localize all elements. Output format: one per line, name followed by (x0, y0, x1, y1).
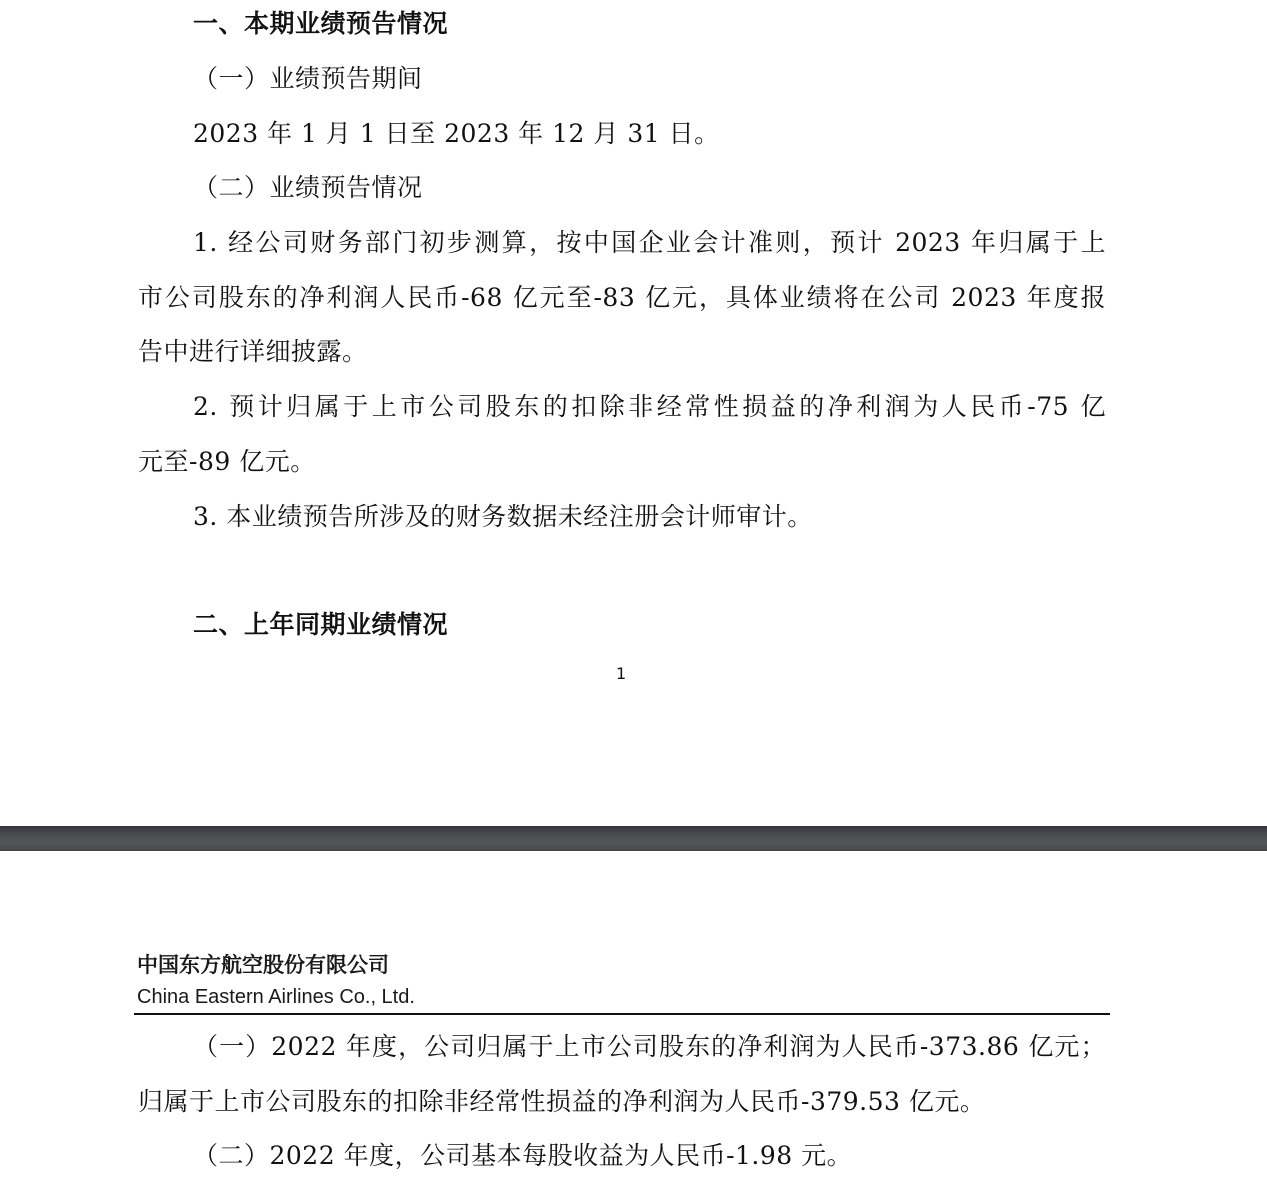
item1-line2: 市公司股东的净利润人民币-68 亿元至-83 亿元，具体业绩将在公司 2023 … (138, 283, 1106, 313)
document-page-1: 一、本期业绩预告情况 （一）业绩预告期间 2023 年 1 月 1 日至 202… (0, 0, 1267, 826)
item2-line2: 元至-89 亿元。 (138, 447, 316, 477)
page-number: 1 (616, 664, 626, 684)
item1-line3: 告中进行详细披露。 (138, 337, 368, 367)
item3-line1: 3. 本业绩预告所涉及的财务数据未经注册会计师审计。 (193, 502, 813, 532)
header-company-name-cn: 中国东方航空股份有限公司 (137, 952, 389, 978)
subsection-heading-forecast-period: （一）业绩预告期间 (193, 64, 423, 94)
document-page-2 (0, 851, 1267, 1189)
header-company-name-en: China Eastern Airlines Co., Ltd. (137, 984, 415, 1010)
section-heading-prior-year: 二、上年同期业绩情况 (193, 610, 448, 640)
item1-line1: 1. 经公司财务部门初步测算，按中国企业会计准则，预计 2023 年归属于上 (193, 228, 1106, 258)
prior-year-para2-line1: （二）2022 年度，公司基本每股收益为人民币-1.98 元。 (193, 1141, 852, 1171)
header-divider (134, 1013, 1110, 1015)
subsection-heading-forecast-details: （二）业绩预告情况 (193, 173, 423, 203)
forecast-period-text: 2023 年 1 月 1 日至 2023 年 12 月 31 日。 (193, 119, 720, 149)
item2-line1: 2. 预计归属于上市公司股东的扣除非经常性损益的净利润为人民币-75 亿 (193, 392, 1106, 422)
section-heading-current-forecast: 一、本期业绩预告情况 (193, 9, 448, 39)
prior-year-para1-line1: （一）2022 年度，公司归属于上市公司股东的净利润为人民币-373.86 亿元… (193, 1032, 1106, 1062)
prior-year-para1-line2: 归属于上市公司股东的扣除非经常性损益的净利润为人民币-379.53 亿元。 (138, 1087, 985, 1117)
page-separator (0, 826, 1267, 851)
